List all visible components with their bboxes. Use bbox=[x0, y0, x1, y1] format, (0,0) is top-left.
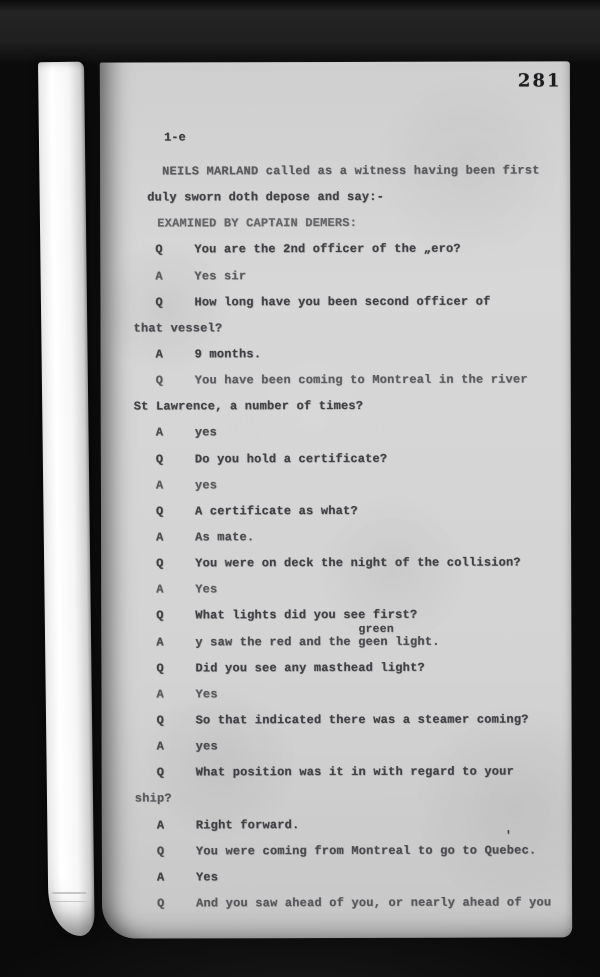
speaker-label: Q bbox=[157, 896, 196, 910]
line-text: You were on deck the night of the collis… bbox=[195, 556, 521, 571]
speaker-label: Q bbox=[156, 373, 195, 387]
speaker-label: A bbox=[156, 583, 195, 597]
line-text: How long have you been second officer of bbox=[194, 294, 490, 309]
transcript-line: Ayes bbox=[101, 477, 563, 504]
transcript-line: AAs mate. bbox=[101, 529, 563, 556]
speaker-label: A bbox=[156, 426, 195, 440]
transcript-line: QWhat lights did you see first? bbox=[101, 608, 563, 635]
transcript-line: QDid you see any masthead light? bbox=[101, 660, 563, 687]
transcript: NEILS MARLAND called as a witness having… bbox=[100, 163, 564, 922]
transcript-line: Ayes bbox=[102, 738, 564, 765]
speaker-label: A bbox=[156, 478, 195, 492]
transcript-line: St Lawrence, a number of times? bbox=[101, 399, 563, 426]
speaker-label: A bbox=[155, 269, 194, 283]
inserted-word: green bbox=[358, 622, 394, 635]
line-text: A certificate as what? bbox=[195, 504, 358, 518]
book-page-edge bbox=[38, 62, 95, 936]
speaker-label: A bbox=[157, 739, 196, 753]
line-text: Right forward. bbox=[196, 818, 300, 832]
deposition-marker: 1-e bbox=[164, 130, 186, 144]
line-text: Yes bbox=[196, 870, 218, 884]
transcript-line: QHow long have you been second officer o… bbox=[100, 294, 562, 321]
line-text: You have been coming to Montreal in the … bbox=[195, 373, 528, 388]
speaker-label: A bbox=[156, 530, 195, 544]
line-text: You are the 2nd officer of the „ero? bbox=[194, 242, 460, 257]
transcript-line: ship? bbox=[102, 791, 564, 818]
inserted-word: ' bbox=[505, 829, 512, 842]
line-text: y saw the red and the geen light. bbox=[195, 634, 439, 649]
photo-top-shadow-band bbox=[0, 0, 600, 64]
transcript-line: AYes sir bbox=[100, 268, 562, 295]
speaker-label: Q bbox=[156, 661, 195, 675]
line-text: NEILS MARLAND called as a witness having… bbox=[162, 163, 540, 178]
line-text: Yes sir bbox=[194, 269, 246, 283]
transcript-line: QWhat position was it in with regard to … bbox=[102, 765, 564, 792]
transcript-line: NEILS MARLAND called as a witness having… bbox=[100, 163, 562, 190]
line-text: yes bbox=[196, 739, 218, 753]
transcript-line: A9 months. bbox=[101, 346, 563, 373]
transcript-line: QYou were coming from Montreal to go to … bbox=[102, 843, 564, 870]
transcript-line: QDo you hold a certificate? bbox=[101, 451, 563, 478]
line-text: And you saw ahead of you, or nearly ahea… bbox=[196, 895, 551, 910]
transcript-line: QSo that indicated there was a steamer c… bbox=[102, 712, 564, 739]
speaker-label: Q bbox=[156, 556, 195, 570]
transcript-line: QA certificate as what? bbox=[101, 503, 563, 530]
transcript-line: QAnd you saw ahead of you, or nearly ahe… bbox=[102, 895, 564, 922]
line-text: Did you see any masthead light? bbox=[195, 660, 424, 675]
speaker-label: A bbox=[156, 347, 195, 361]
line-text: Yes bbox=[195, 687, 217, 701]
line-text: As mate. bbox=[195, 530, 254, 544]
transcript-line: QYou have been coming to Montreal in the… bbox=[101, 373, 563, 400]
speaker-label: Q bbox=[157, 766, 196, 780]
line-text: What position was it in with regard to y… bbox=[196, 765, 514, 780]
transcript-line: QYou are the 2nd officer of the „ero? bbox=[100, 242, 562, 269]
transcript-line: AYes bbox=[101, 582, 563, 609]
line-text: St Lawrence, a number of times? bbox=[134, 399, 363, 414]
speaker-label: A bbox=[157, 870, 196, 884]
line-text: 9 months. bbox=[195, 347, 262, 361]
line-text: yes bbox=[195, 426, 217, 440]
speaker-label: Q bbox=[156, 609, 195, 623]
transcript-line: Ayes bbox=[101, 425, 563, 452]
speaker-label: Q bbox=[156, 504, 195, 518]
line-text: yes bbox=[195, 478, 217, 492]
transcript-line: AYes bbox=[102, 869, 564, 896]
transcript-line: AYes bbox=[101, 686, 563, 713]
speaker-label: A bbox=[156, 687, 195, 701]
speaker-label: Q bbox=[155, 243, 194, 257]
speaker-label: Q bbox=[157, 844, 196, 858]
line-text: Do you hold a certificate? bbox=[195, 451, 387, 466]
transcript-line: ARight forward. bbox=[102, 817, 564, 844]
line-text: duly sworn doth depose and say:- bbox=[147, 190, 384, 205]
line-text: Yes bbox=[195, 583, 217, 597]
line-text: So that indicated there was a steamer co… bbox=[196, 712, 529, 727]
speaker-label: Q bbox=[155, 295, 194, 309]
transcript-line: duly sworn doth depose and say:- bbox=[100, 190, 562, 217]
transcript-line: QYou were on deck the night of the colli… bbox=[101, 556, 563, 583]
document-page: 281 1-e NEILS MARLAND called as a witnes… bbox=[100, 61, 572, 938]
line-text: that vessel? bbox=[134, 321, 223, 335]
line-text: You were coming from Montreal to go to Q… bbox=[196, 843, 537, 858]
page-number: 281 bbox=[518, 70, 562, 91]
speaker-label: Q bbox=[157, 713, 196, 727]
page-edge-marks bbox=[52, 888, 86, 902]
scanned-photo-background: 281 1-e NEILS MARLAND called as a witnes… bbox=[0, 0, 600, 977]
line-text: EXAMINED BY CAPTAIN DEMERS: bbox=[157, 216, 357, 231]
speaker-label: A bbox=[156, 635, 195, 649]
speaker-label: A bbox=[157, 818, 196, 832]
line-text: ship? bbox=[135, 792, 172, 806]
transcript-line: that vessel? bbox=[101, 320, 563, 347]
transcript-line: EXAMINED BY CAPTAIN DEMERS: bbox=[100, 216, 562, 243]
line-text: What lights did you see first? bbox=[195, 608, 417, 623]
speaker-label: Q bbox=[156, 452, 195, 466]
transcript-line: Ay saw the red and the geen light.green bbox=[101, 634, 563, 661]
